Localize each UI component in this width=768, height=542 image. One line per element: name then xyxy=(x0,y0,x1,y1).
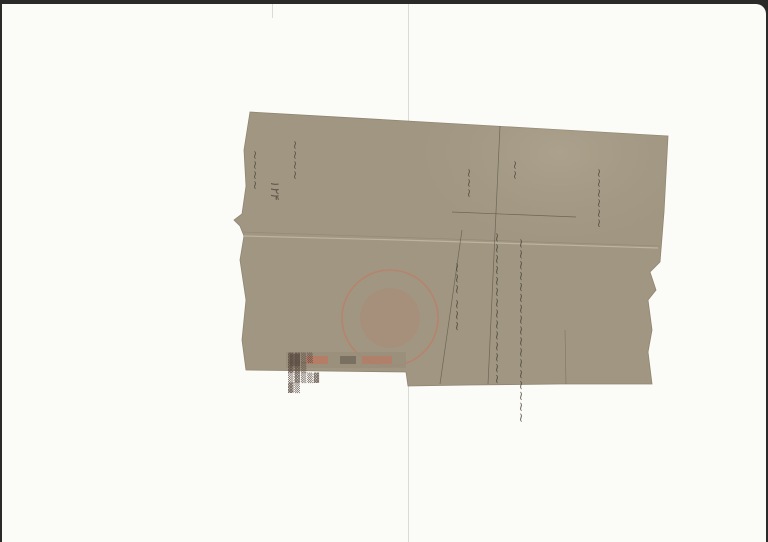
margin-note-3: ~~~~ xyxy=(288,140,302,180)
margin-note-1: ~~~~ xyxy=(248,150,262,190)
column-1-header: ~~~ xyxy=(462,168,476,198)
column-1-entry: ~~~ ~~~ xyxy=(449,262,464,332)
margin-note-2: ۱۲۴ xyxy=(268,180,282,199)
column-2-header: ~~ xyxy=(508,160,522,180)
column-2-entry: ~~~~~~~~~~~~~~ xyxy=(489,232,504,385)
printed-strip: ▓▓▒▒ ▓▓▒ ▒▓▒▒▓ ▓▒ xyxy=(288,354,320,394)
column-3-entry: ~~~~~~~~~~~~~~~~~ xyxy=(513,238,528,423)
paper-shape xyxy=(0,0,768,542)
column-3-header: ~~~~~~ xyxy=(592,168,606,228)
